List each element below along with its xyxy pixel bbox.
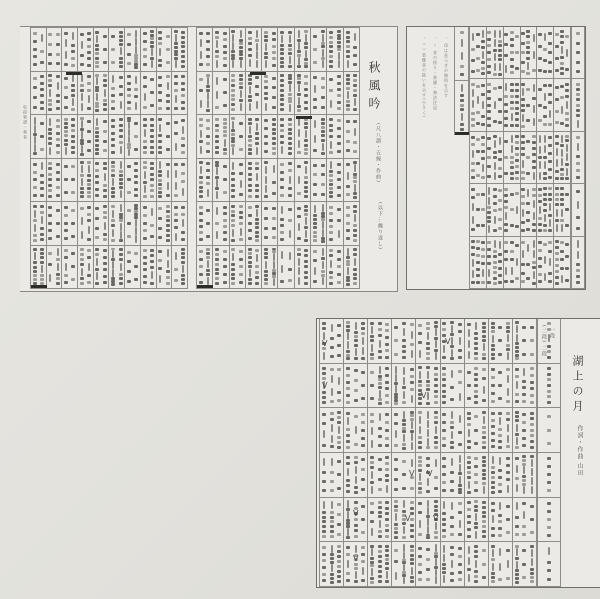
notation-glyph — [547, 442, 551, 445]
notation-glyph — [95, 248, 99, 251]
notation-glyph — [288, 268, 292, 271]
notation-glyph — [103, 99, 107, 102]
notation-glyph — [337, 324, 341, 327]
notation-glyph — [385, 437, 389, 440]
notation-glyph — [71, 94, 75, 97]
notation-glyph — [48, 263, 52, 266]
notation-glyph — [48, 167, 52, 170]
notation-glyph — [150, 235, 154, 238]
notation-glyph — [510, 95, 514, 98]
notation-glyph — [395, 374, 397, 382]
notation-glyph — [281, 35, 283, 43]
notation-glyph — [515, 342, 519, 345]
notation-glyph — [181, 75, 185, 78]
notation-glyph — [565, 124, 569, 127]
notation-glyph — [498, 167, 502, 170]
notation-glyph — [361, 468, 365, 471]
notation-glyph — [71, 222, 75, 225]
notation-glyph — [112, 210, 114, 218]
notation-glyph — [206, 55, 210, 58]
notation-glyph — [298, 30, 300, 38]
notation-cell — [327, 159, 343, 203]
notation-glyph — [411, 331, 413, 339]
notation-glyph — [248, 178, 252, 181]
notation-glyph — [576, 104, 580, 107]
notation-glyph — [491, 476, 495, 479]
notation-glyph — [361, 505, 365, 508]
notation-glyph — [530, 576, 534, 579]
notation-glyph — [223, 118, 227, 121]
notation-glyph — [516, 325, 518, 333]
notation-glyph — [127, 94, 131, 97]
notation-glyph — [442, 373, 446, 376]
notation-glyph — [159, 161, 161, 169]
notation-glyph — [471, 188, 475, 191]
notation-glyph — [174, 268, 178, 271]
notation-glyph — [33, 261, 37, 264]
notation-glyph — [521, 32, 525, 35]
notation-glyph — [476, 138, 480, 141]
notation-glyph — [48, 108, 52, 111]
notation-glyph — [48, 103, 52, 106]
notation-glyph — [576, 51, 580, 54]
notation-glyph — [510, 38, 514, 41]
notation-glyph — [256, 254, 258, 262]
notation-glyph — [510, 101, 514, 104]
notation-glyph — [158, 217, 162, 220]
notation-glyph — [498, 40, 502, 43]
notation-glyph — [175, 252, 177, 260]
notation-glyph — [322, 573, 326, 576]
notation-glyph — [434, 509, 438, 512]
notation-glyph — [255, 137, 259, 140]
notation-cell — [554, 184, 571, 236]
notation-glyph — [158, 107, 162, 110]
notation-glyph — [313, 259, 317, 262]
notation-cell — [521, 184, 538, 236]
notation-glyph — [460, 99, 464, 102]
notation-cell — [172, 72, 188, 116]
notation-glyph — [64, 77, 68, 80]
notation-glyph — [265, 176, 267, 184]
notation-glyph — [322, 391, 326, 394]
notation-glyph — [555, 193, 559, 196]
notation-glyph — [199, 32, 203, 35]
notation-glyph — [248, 148, 252, 151]
notation-glyph — [538, 88, 542, 91]
notation-glyph — [144, 185, 146, 193]
notation-glyph — [322, 60, 324, 68]
notation-glyph — [331, 435, 333, 443]
notation-glyph — [174, 75, 178, 78]
notation-glyph — [482, 525, 486, 528]
notation-glyph — [471, 70, 475, 73]
notation-glyph — [560, 241, 564, 244]
breath-mark: V — [445, 337, 450, 346]
notation-glyph — [467, 417, 471, 420]
notation-glyph — [330, 516, 334, 519]
notation-glyph — [547, 401, 551, 404]
notation-glyph — [288, 132, 292, 135]
notation-glyph — [337, 416, 341, 419]
notation-glyph — [103, 130, 107, 133]
notation-glyph — [281, 206, 283, 214]
notation-glyph — [206, 150, 210, 153]
notation-cell — [278, 159, 294, 203]
notation-glyph — [231, 172, 235, 175]
notation-glyph — [71, 44, 75, 47]
notation-glyph — [533, 84, 535, 92]
notation-glyph — [158, 91, 162, 94]
notation-glyph — [289, 176, 291, 184]
notation-glyph — [40, 148, 44, 151]
notation-glyph — [346, 572, 350, 575]
notation-glyph — [321, 30, 325, 33]
notation-glyph — [313, 250, 317, 253]
notation-glyph — [158, 170, 162, 173]
notation-glyph — [354, 128, 356, 136]
notation-glyph — [378, 402, 382, 405]
notation-glyph — [158, 179, 162, 182]
notation-glyph — [474, 481, 478, 484]
notation-glyph — [353, 84, 357, 87]
notation-glyph — [329, 118, 333, 121]
notation-glyph — [515, 112, 519, 115]
notation-glyph — [521, 221, 525, 224]
notation-glyph — [159, 275, 161, 283]
notation-glyph — [481, 72, 485, 75]
notation-glyph — [511, 113, 513, 121]
notation-glyph — [265, 103, 267, 111]
notation-glyph — [385, 549, 389, 552]
notation-cell — [230, 246, 246, 290]
notation-glyph — [378, 378, 382, 381]
notation-glyph — [516, 484, 518, 492]
notation-glyph — [543, 224, 547, 227]
notation-glyph — [331, 388, 333, 396]
notation-glyph — [522, 533, 526, 536]
notation-glyph — [565, 118, 569, 121]
notation-glyph — [565, 95, 569, 98]
notation-glyph — [40, 194, 44, 197]
notation-glyph — [239, 148, 243, 151]
notation-glyph — [33, 178, 37, 181]
notation-glyph — [450, 345, 454, 348]
notation-glyph — [346, 367, 350, 370]
notation-glyph — [329, 206, 333, 209]
notation-glyph — [346, 120, 350, 123]
notation-glyph — [361, 384, 365, 387]
section-marker — [455, 132, 469, 135]
notation-glyph — [418, 502, 422, 505]
notation-glyph — [103, 103, 107, 106]
notation-glyph — [410, 535, 414, 538]
notation-glyph — [64, 63, 68, 66]
notation-glyph — [64, 130, 68, 133]
notation-glyph — [80, 161, 84, 164]
notation-glyph — [482, 436, 486, 439]
notation-glyph — [181, 41, 185, 44]
notation-glyph — [223, 91, 227, 94]
notation-glyph — [361, 332, 365, 335]
notation-glyph — [143, 206, 147, 209]
notation-glyph — [64, 96, 68, 99]
notation-glyph — [504, 95, 508, 98]
notation-glyph — [80, 54, 84, 57]
notation-glyph — [239, 238, 243, 241]
notation-glyph — [394, 402, 398, 405]
notation-glyph — [151, 48, 153, 56]
notation-glyph — [88, 226, 90, 234]
notation-glyph — [355, 476, 357, 484]
notation-glyph — [280, 280, 284, 283]
notation-glyph — [231, 268, 235, 271]
notation-glyph — [313, 48, 317, 51]
notation-glyph — [498, 267, 502, 270]
notation-cell — [327, 246, 343, 290]
notation-glyph — [482, 520, 486, 523]
notation-glyph — [174, 53, 178, 56]
notation-glyph — [370, 384, 374, 387]
notation-glyph — [411, 421, 413, 429]
notation-glyph — [119, 170, 123, 173]
breath-mark: V — [353, 509, 358, 518]
notation-glyph — [522, 114, 524, 122]
notation-glyph — [515, 446, 519, 449]
notation-glyph — [521, 83, 525, 86]
notation-glyph — [565, 135, 569, 138]
notation-glyph — [515, 107, 519, 110]
notation-glyph — [304, 195, 308, 198]
notation-glyph — [167, 82, 169, 90]
notation-glyph — [304, 152, 308, 155]
notation-glyph — [442, 390, 446, 393]
notation-glyph — [560, 198, 564, 201]
notation-glyph — [329, 195, 333, 198]
notation-cell — [141, 202, 157, 246]
notation-glyph — [48, 99, 52, 102]
notation-glyph — [521, 51, 525, 54]
notation-glyph — [522, 475, 526, 478]
notation-glyph — [330, 520, 334, 523]
notation-glyph — [240, 90, 242, 98]
notation-cell — [441, 542, 465, 587]
notation-glyph — [460, 65, 464, 68]
notation-glyph — [354, 399, 358, 402]
notation-glyph — [158, 187, 162, 190]
notation-glyph — [451, 337, 453, 345]
notation-glyph — [521, 171, 525, 174]
notation-glyph — [255, 76, 259, 79]
notation-glyph — [280, 238, 284, 241]
notation-glyph — [515, 83, 519, 86]
notation-glyph — [491, 392, 495, 395]
notation-glyph — [385, 401, 389, 404]
notation-glyph — [410, 580, 414, 583]
notation-glyph — [474, 390, 478, 393]
notation-glyph — [378, 580, 382, 583]
notation-cell — [157, 72, 173, 116]
notation-glyph — [402, 356, 406, 359]
notation-glyph — [71, 178, 75, 181]
notation-glyph — [426, 536, 430, 539]
notation-glyph — [40, 122, 44, 125]
notation-glyph — [498, 353, 502, 356]
notation-glyph — [347, 500, 349, 508]
notation-glyph — [576, 190, 580, 193]
notation-glyph — [482, 482, 486, 485]
notation-glyph — [467, 461, 471, 464]
notation-cell — [489, 453, 513, 498]
notation-glyph — [346, 185, 350, 188]
notation-glyph — [434, 500, 438, 503]
notation-glyph — [442, 401, 446, 404]
notation-glyph — [231, 224, 235, 227]
notation-glyph — [40, 233, 44, 236]
notation-glyph — [472, 100, 474, 108]
notation-glyph — [329, 231, 333, 234]
notation-glyph — [231, 94, 235, 97]
notation-glyph — [426, 352, 430, 355]
notation-glyph — [555, 276, 559, 279]
notation-glyph — [378, 386, 382, 389]
notation-cell — [441, 364, 465, 409]
notation-glyph — [411, 459, 413, 467]
notation-glyph — [566, 49, 568, 57]
notation-glyph — [403, 564, 405, 571]
notation-glyph — [248, 189, 252, 192]
notation-cell — [311, 202, 327, 246]
notation-glyph — [547, 569, 551, 572]
notation-glyph — [418, 460, 422, 463]
notation-glyph — [481, 248, 485, 251]
notation-glyph — [289, 84, 291, 92]
notation-glyph — [493, 49, 497, 52]
notation-glyph — [346, 222, 350, 225]
notation-glyph — [231, 219, 235, 222]
notation-glyph — [394, 468, 398, 471]
notation-cell — [572, 237, 585, 289]
notation-glyph — [402, 423, 406, 426]
notation-glyph — [471, 228, 475, 231]
notation-glyph — [248, 256, 252, 259]
notation-cell — [78, 115, 94, 159]
notation-glyph — [337, 178, 341, 181]
notation-cell — [513, 498, 537, 543]
notation-glyph — [337, 107, 341, 110]
notation-glyph — [337, 219, 341, 222]
notation-glyph — [565, 177, 569, 180]
notation-glyph — [555, 187, 559, 190]
notation-glyph — [264, 97, 268, 100]
notation-glyph — [288, 142, 292, 145]
notation-glyph — [361, 322, 365, 325]
notation-glyph — [370, 577, 374, 580]
notation-glyph — [418, 441, 422, 444]
notation-glyph — [330, 445, 334, 448]
notation-glyph — [533, 105, 535, 113]
notation-glyph — [355, 426, 357, 434]
notation-glyph — [560, 67, 564, 70]
notation-glyph — [411, 395, 413, 403]
notation-glyph — [482, 335, 486, 338]
notation-glyph — [330, 100, 332, 108]
notation-glyph — [471, 196, 475, 199]
notation-glyph — [64, 165, 68, 168]
notation-glyph — [481, 281, 485, 284]
notation-glyph — [533, 118, 535, 126]
notation-glyph — [543, 187, 547, 190]
notation-glyph — [166, 239, 170, 242]
notation-glyph — [255, 271, 259, 274]
notation-glyph — [461, 39, 463, 47]
notation-glyph — [491, 580, 495, 583]
notation-glyph — [239, 265, 243, 268]
notation-glyph — [280, 171, 284, 174]
notation-glyph — [248, 42, 252, 45]
notation-glyph — [472, 216, 474, 224]
notation-glyph — [378, 356, 382, 359]
notation-glyph — [48, 237, 52, 240]
notation-glyph — [346, 546, 350, 549]
notation-glyph — [491, 509, 495, 512]
notation-glyph — [418, 533, 422, 536]
notation-glyph — [223, 126, 227, 129]
notation-glyph — [119, 76, 123, 79]
notation-glyph — [385, 524, 389, 527]
notation-glyph — [510, 156, 514, 159]
notation-glyph — [272, 106, 276, 109]
notation-glyph — [451, 560, 453, 568]
notation-cell — [213, 115, 229, 159]
notation-glyph — [516, 437, 518, 445]
notation-glyph — [548, 93, 552, 96]
notation-glyph — [239, 193, 243, 196]
notation-glyph — [199, 124, 203, 127]
notation-glyph — [410, 375, 414, 378]
notation-glyph — [71, 129, 75, 132]
notation-glyph — [515, 354, 519, 357]
notation-glyph — [215, 222, 219, 225]
notation-glyph — [506, 577, 510, 580]
notation-glyph — [103, 61, 107, 64]
notation-glyph — [378, 382, 382, 385]
notation-glyph — [249, 59, 251, 67]
notation-glyph — [240, 180, 242, 188]
notation-glyph — [353, 253, 357, 256]
notation-cell — [538, 453, 561, 498]
notation-glyph — [548, 168, 552, 171]
notation-glyph — [370, 502, 374, 505]
notation-glyph — [427, 507, 429, 515]
notation-cell — [368, 498, 392, 543]
notation-glyph — [329, 50, 333, 53]
notation-glyph — [410, 501, 414, 504]
notation-glyph — [264, 161, 268, 164]
notation-glyph — [482, 506, 486, 509]
notation-glyph — [256, 60, 258, 68]
notation-glyph — [56, 138, 60, 141]
notation-glyph — [506, 418, 510, 421]
notation-glyph — [232, 42, 234, 50]
notation-glyph — [119, 239, 123, 242]
notation-glyph — [33, 239, 37, 242]
notation-glyph — [482, 164, 484, 172]
notation-glyph — [56, 75, 60, 78]
notation-glyph — [493, 188, 497, 191]
notation-glyph — [288, 162, 292, 165]
notation-glyph — [482, 501, 486, 504]
